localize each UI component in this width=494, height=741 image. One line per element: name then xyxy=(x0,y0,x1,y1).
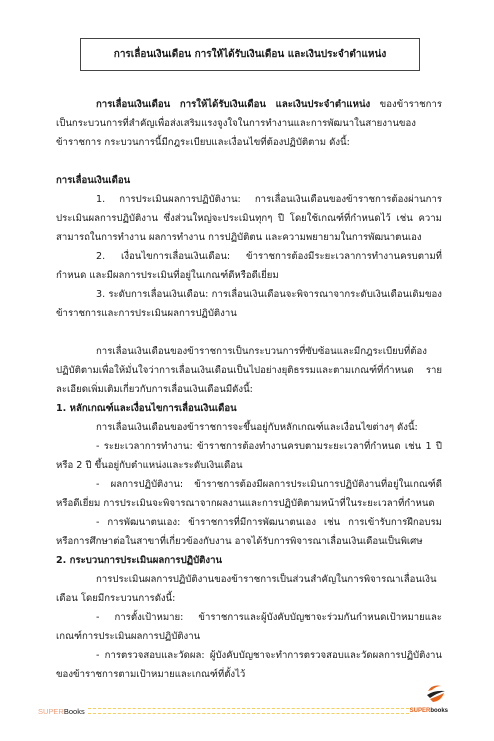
section1-intro: การเลื่อนเงินเดือนของข้าราชการจะขึ้นอยู่… xyxy=(56,418,442,437)
section2-heading: 2. กระบวนการประเมินผลการปฏิบัติงาน xyxy=(56,551,442,570)
summary-paragraph: การเลื่อนเงินเดือนของข้าราชการเป็นกระบวน… xyxy=(56,342,442,399)
footer-brand-left: SUPERBooks xyxy=(38,707,85,716)
section2-item-1: - การตั้งเป้าหมาย: ข้าราชการและผู้บังคับ… xyxy=(56,608,442,646)
section-salary-heading: การเลื่อนเงินเดือน xyxy=(56,171,442,190)
document-title-box: การเลื่อนเงินเดือน การให้ได้รับเงินเดือน… xyxy=(80,38,420,71)
salary-item-2: 2. เงื่อนไขการเลื่อนเงินเดือน: ข้าราชการ… xyxy=(56,247,442,285)
document-title: การเลื่อนเงินเดือน การให้ได้รับเงินเดือน… xyxy=(114,47,386,62)
section2-item-2: - การตรวจสอบและวัดผล: ผู้บังคับบัญชาจะทำ… xyxy=(56,646,442,684)
section2-intro: การประเมินผลการปฏิบัติงานของข้าราชการเป็… xyxy=(56,570,442,608)
salary-item-1: 1. การประเมินผลการปฏิบัติงาน: การเลื่อนเ… xyxy=(56,190,442,247)
salary-item-3: 3. ระดับการเลื่อนเงินเดือน: การเลื่อนเงิ… xyxy=(56,285,442,323)
section1-item-1: - ระยะเวลาการทำงาน: ข้าราชการต้องทำงานคร… xyxy=(56,437,442,475)
section1-item-3: - การพัฒนาตนเอง: ข้าราชการที่มีการพัฒนาต… xyxy=(56,513,442,551)
superbooks-swirl-logo-icon xyxy=(424,683,448,705)
spacer xyxy=(56,152,442,171)
page-footer: SUPERBooks SUPERbooks xyxy=(38,705,448,717)
document-body: การเลื่อนเงินเดือน การให้ได้รับเงินเดือน… xyxy=(56,95,442,684)
intro-paragraph: การเลื่อนเงินเดือน การให้ได้รับเงินเดือน… xyxy=(56,95,442,152)
section1-item-2: - ผลการปฏิบัติงาน: ข้าราชการต้องมีผลการป… xyxy=(56,475,442,513)
section1-heading: 1. หลักเกณฑ์และเงื่อนไขการเลื่อนเงินเดือ… xyxy=(56,399,442,418)
spacer xyxy=(56,323,442,342)
footer-brand-right: SUPERbooks xyxy=(410,708,448,714)
intro-lead: การเลื่อนเงินเดือน การให้ได้รับเงินเดือน… xyxy=(96,99,370,110)
footer-divider xyxy=(88,708,409,714)
